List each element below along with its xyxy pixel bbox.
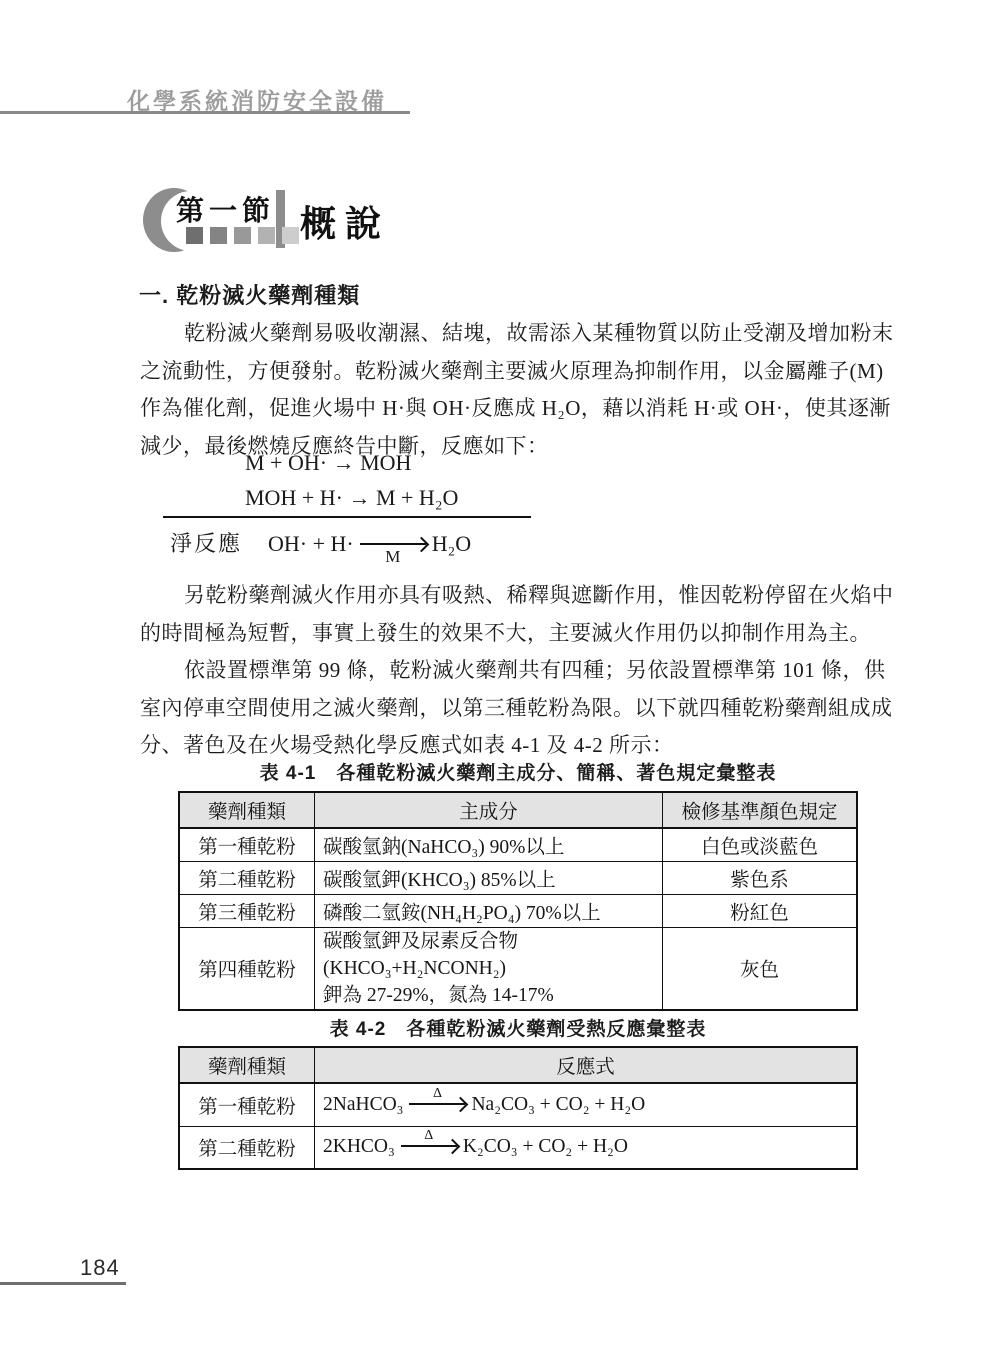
badge-squares [186, 227, 299, 244]
table-row: 第二種乾粉 2KHCO₃ΔK₂CO₃ + CO₂ + H₂O [179, 1126, 857, 1169]
paragraph-2-3: 另乾粉藥劑滅火作用亦具有吸熱、稀釋與遮斷作用，惟因乾粉停留在火焰中 的時間極為短… [140, 577, 894, 765]
net-reaction-rhs: H₂O [432, 531, 471, 556]
table-4-2: 藥劑種類 反應式 第一種乾粉 2NaHCO₃ΔNa₂CO₃ + CO₂ + H₂… [178, 1046, 858, 1170]
section-badge: 第一節 [143, 186, 443, 258]
table-header-row: 藥劑種類 反應式 [179, 1047, 857, 1083]
reaction-arrow-icon: Δ [409, 1095, 465, 1113]
cell-agent-type: 第一種乾粉 [179, 1083, 315, 1126]
composition-line: 碳酸氫鉀及尿素反合物(KHCO₃+H₂NCONH₂) [323, 928, 654, 982]
table-row: 第一種乾粉 碳酸氫鈉(NaHCO₃) 90%以上 白色或淡藍色 [179, 828, 857, 861]
table-row: 第二種乾粉 碳酸氫鉀(KHCO₃) 85%以上 紫色系 [179, 861, 857, 894]
section-badge-label: 第一節 [176, 189, 275, 229]
badge-square [282, 227, 299, 244]
cell-reaction: 2NaHCO₃ΔNa₂CO₃ + CO₂ + H₂O [315, 1083, 858, 1126]
paragraph-line: 之流動性，方便發射。乾粉滅火藥劑主要滅火原理為抑制作用，以金屬離子(M) [140, 353, 894, 391]
section-title: 概說 [300, 196, 390, 247]
cell-agent-type: 第四種乾粉 [179, 927, 315, 1010]
reaction-lhs: 2NaHCO₃ [323, 1094, 403, 1115]
table-header-cell: 反應式 [315, 1047, 858, 1083]
table-4-2-caption: 表 4-2 各種乾粉滅火藥劑受熱反應彙整表 [178, 1014, 858, 1041]
table-row: 第三種乾粉 磷酸二氫銨(NH₄H₂PO₄) 70%以上 粉紅色 [179, 894, 857, 927]
paragraph-line: 依設置標準第 99 條，乾粉滅火藥劑共有四種；另依設置標準第 101 條，供 [140, 652, 894, 690]
net-reaction-lhs: OH· + H· [268, 531, 354, 556]
paragraph-line: 室內停車空間使用之滅火藥劑，以第三種乾粉為限。以下就四種乾粉藥劑組成成 [140, 690, 894, 728]
cell-agent-type: 第三種乾粉 [179, 894, 315, 927]
paragraph-line: 作為催化劑，促進火場中 H·與 OH·反應成 H₂O，藉以消耗 H·或 OH·，… [140, 390, 894, 428]
arrow-label: M [360, 548, 426, 565]
cell-composition: 碳酸氫鉀(KHCO₃) 85%以上 [315, 861, 663, 894]
table-4-1-caption: 表 4-1 各種乾粉滅火藥劑主成分、簡稱、著色規定彙整表 [178, 758, 858, 785]
cell-color-spec: 灰色 [663, 927, 858, 1010]
body-heading: 一. 乾粉滅火藥劑種類 [139, 279, 360, 310]
cell-color-spec: 白色或淡藍色 [663, 828, 858, 861]
badge-square [210, 227, 227, 244]
footer-rule [0, 1282, 126, 1285]
badge-square [258, 227, 275, 244]
table-header-cell: 檢修基準顏色規定 [663, 792, 858, 828]
table-header-row: 藥劑種類 主成分 檢修基準顏色規定 [179, 792, 857, 828]
net-reaction-prefix: 淨反應 [170, 531, 242, 556]
cell-agent-type: 第二種乾粉 [179, 861, 315, 894]
cell-composition: 碳酸氫鉀及尿素反合物(KHCO₃+H₂NCONH₂) 鉀為 27-29%，氮為 … [315, 927, 663, 1010]
reaction-lhs: 2KHCO₃ [323, 1136, 395, 1157]
reaction-rhs: Na₂CO₃ + CO₂ + H₂O [471, 1094, 645, 1115]
cell-composition: 磷酸二氫銨(NH₄H₂PO₄) 70%以上 [315, 894, 663, 927]
cell-agent-type: 第一種乾粉 [179, 828, 315, 861]
cell-color-spec: 紫色系 [663, 861, 858, 894]
equation-sum-rule [163, 516, 531, 518]
cell-reaction: 2KHCO₃ΔK₂CO₃ + CO₂ + H₂O [315, 1126, 858, 1169]
cell-agent-type: 第二種乾粉 [179, 1126, 315, 1169]
reaction-arrow-icon: Δ [401, 1137, 457, 1155]
table-4-1: 藥劑種類 主成分 檢修基準顏色規定 第一種乾粉 碳酸氫鈉(NaHCO₃) 90%… [178, 791, 858, 1011]
page-number: 184 [80, 1255, 120, 1281]
header-rule [0, 111, 410, 114]
table-row: 第一種乾粉 2NaHCO₃ΔNa₂CO₃ + CO₂ + H₂O [179, 1083, 857, 1126]
cell-composition: 碳酸氫鈉(NaHCO₃) 90%以上 [315, 828, 663, 861]
paragraph-line: 乾粉滅火藥劑易吸收潮濕、結塊，故需添入某種物質以防止受潮及增加粉末 [140, 315, 894, 353]
table-header-cell: 藥劑種類 [179, 1047, 315, 1083]
net-reaction: 淨反應OH· + H·MH₂O [170, 527, 471, 558]
badge-square [234, 227, 251, 244]
equation-line-2: MOH + H· → M + H₂O [245, 485, 458, 511]
reaction-rhs: K₂CO₃ + CO₂ + H₂O [463, 1136, 628, 1157]
equation-line-1: M + OH· → MOH [245, 450, 411, 476]
table-row: 第四種乾粉 碳酸氫鉀及尿素反合物(KHCO₃+H₂NCONH₂) 鉀為 27-2… [179, 927, 857, 1010]
composition-line: 鉀為 27-29%，氮為 14-17% [323, 982, 654, 1009]
badge-square [186, 227, 203, 244]
table-header-cell: 藥劑種類 [179, 792, 315, 828]
book-page: 化學系統消防安全設備 第一節 概說 一. 乾粉滅火藥劑種類 乾粉滅火藥劑易吸收潮… [0, 0, 1000, 1353]
table-header-cell: 主成分 [315, 792, 663, 828]
cell-color-spec: 粉紅色 [663, 894, 858, 927]
paragraph-line: 的時間極為短暫，事實上發生的效果不大，主要滅火作用仍以抑制作用為主。 [140, 615, 894, 653]
paragraph-1: 乾粉滅火藥劑易吸收潮濕、結塊，故需添入某種物質以防止受潮及增加粉末 之流動性，方… [140, 315, 894, 465]
reaction-arrow-icon: M [360, 535, 426, 553]
paragraph-line: 另乾粉藥劑滅火作用亦具有吸熱、稀釋與遮斷作用，惟因乾粉停留在火焰中 [140, 577, 894, 615]
